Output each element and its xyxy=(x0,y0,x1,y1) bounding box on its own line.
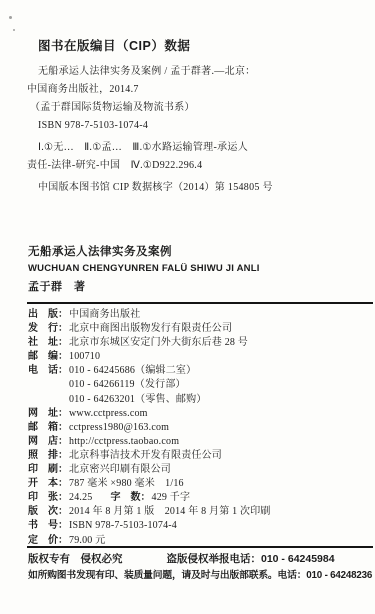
copyright-notice: 版权专有 侵权必究 xyxy=(28,552,123,567)
info-label: 开 本： xyxy=(28,474,69,489)
info-row: 开 本：787 毫米 ×980 毫米 1/16 xyxy=(28,474,369,488)
info-value: cctpress1980@163.com xyxy=(69,422,169,433)
info-label: 定 价： xyxy=(28,531,69,546)
info-row: 照 排：北京科事洁技术开发有限责任公司 xyxy=(28,446,369,460)
book-title: 无船承运人法律实务及案例 xyxy=(28,244,365,261)
cip-isbn: ISBN 978-7-5103-1074-4 xyxy=(27,117,357,135)
info-label: 字 数： xyxy=(111,488,151,503)
info-label: 网 址： xyxy=(28,404,69,419)
info-value: 010 - 64245686（编辑二室） xyxy=(69,361,196,376)
info-label: 网 店： xyxy=(28,432,69,447)
info-value: 787 毫米 ×980 毫米 1/16 xyxy=(69,474,184,489)
cip-classification-line2: 责任-法律-研究-中国 Ⅳ.①D922.296.4 xyxy=(27,157,357,175)
info-label: 印 张： xyxy=(28,488,69,503)
info-row: 发 行：北京中商图出版物发行有限责任公司 xyxy=(28,319,369,333)
info-row: 网 店：http://cctpress.taobao.com xyxy=(28,432,369,446)
cip-record-number: 中国版本图书馆 CIP 数据核字（2014）第 154805 号 xyxy=(27,179,357,197)
info-value: 北京市东城区安定门外大街东后巷 28 号 xyxy=(69,333,248,348)
info-label: 发 行： xyxy=(28,319,69,334)
info-value: 2014 年 8 月第 1 版 2014 年 8 月第 1 次印刷 xyxy=(69,502,271,517)
info-row: 版 次：2014 年 8 月第 1 版 2014 年 8 月第 1 次印刷 xyxy=(28,502,369,516)
info-value: 北京密兴印刷有限公司 xyxy=(69,460,171,475)
cip-record-line1: 无船承运人法律实务及案例 / 孟于群著.—北京： xyxy=(27,63,357,81)
info-row: 邮 箱：cctpress1980@163.com xyxy=(28,418,369,432)
info-label: 印 刷： xyxy=(28,460,69,475)
info-value: 010 - 64263201（零售、邮购） xyxy=(69,390,207,405)
info-value: 429 千字 xyxy=(152,488,191,503)
info-value: 北京中商图出版物发行有限责任公司 xyxy=(69,319,232,334)
info-label: 社 址： xyxy=(28,333,69,348)
book-title-pinyin: WUCHUAN CHENGYUNREN FALÜ SHIWU JI ANLI xyxy=(28,261,365,277)
info-label: 电 话： xyxy=(28,361,69,376)
copyright-page: 图书在版编目（CIP）数据 无船承运人法律实务及案例 / 孟于群著.—北京： 中… xyxy=(0,0,375,614)
info-label: 照 排： xyxy=(28,446,69,461)
info-value: www.cctpress.com xyxy=(69,408,148,419)
scan-speck xyxy=(13,29,15,31)
info-value: 79.00 元 xyxy=(69,531,105,546)
book-title-block: 无船承运人法律实务及案例 WUCHUAN CHENGYUNREN FALÜ SH… xyxy=(28,244,365,296)
cip-record-line2: 中国商务出版社，2014.7 xyxy=(27,81,357,99)
info-row: 010 - 64266119（发行部） xyxy=(28,375,369,389)
footer-notices: 版权专有 侵权必究 盗版侵权举报电话：010 - 64245984 如所购图书发… xyxy=(28,552,369,583)
cip-block: 图书在版编目（CIP）数据 无船承运人法律实务及案例 / 孟于群著.—北京： 中… xyxy=(27,36,357,197)
info-row: 社 址：北京市东城区安定门外大街东后巷 28 号 xyxy=(28,333,369,347)
info-label: 邮 箱： xyxy=(28,418,69,433)
info-row: 010 - 64263201（零售、邮购） xyxy=(28,390,369,404)
divider-rule-bottom xyxy=(27,546,373,548)
info-row: 印 张：24.25字 数：429 千字 xyxy=(28,488,369,502)
info-value: 北京科事洁技术开发有限责任公司 xyxy=(69,446,222,461)
cip-series-note: （孟于群国际货物运输及物流书系） xyxy=(27,99,357,117)
info-label: 出 版： xyxy=(28,305,69,320)
info-row: 定 价：79.00 元 xyxy=(28,531,369,545)
cip-classification-line1: Ⅰ.①无… Ⅱ.①孟… Ⅲ.①水路运输管理-承运人 xyxy=(27,139,357,157)
info-value: 中国商务出版社 xyxy=(69,305,140,320)
quality-notice: 如所购图书发现有印、装质量问题，请及时与出版部联系。电话：010 - 64248… xyxy=(28,568,369,583)
book-author: 孟于群 著 xyxy=(28,279,365,296)
publication-info-list: 出 版：中国商务出版社发 行：北京中商图出版物发行有限责任公司社 址：北京市东城… xyxy=(28,305,369,545)
scan-speck xyxy=(9,16,12,19)
info-row: 网 址：www.cctpress.com xyxy=(28,404,369,418)
info-row: 出 版：中国商务出版社 xyxy=(28,305,369,319)
info-label: 书 号： xyxy=(28,516,69,531)
info-row: 印 刷：北京密兴印刷有限公司 xyxy=(28,460,369,474)
info-row: 书 号：ISBN 978-7-5103-1074-4 xyxy=(28,516,369,530)
piracy-hotline: 盗版侵权举报电话：010 - 64245984 xyxy=(167,552,335,567)
divider-rule-top xyxy=(27,302,373,304)
info-row: 邮 编：100710 xyxy=(28,347,369,361)
info-value: 010 - 64266119（发行部） xyxy=(69,375,186,390)
cip-heading: 图书在版编目（CIP）数据 xyxy=(27,36,357,54)
info-label: 邮 编： xyxy=(28,347,69,362)
info-label: 版 次： xyxy=(28,502,69,517)
info-row: 电 话：010 - 64245686（编辑二室） xyxy=(28,361,369,375)
